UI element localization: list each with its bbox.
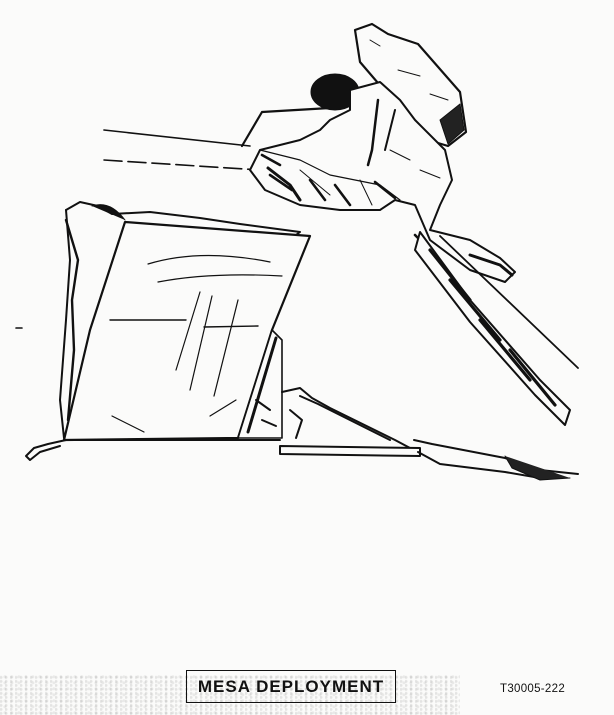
- figure-caption-box: MESA DEPLOYMENT: [186, 670, 396, 703]
- figure-caption: MESA DEPLOYMENT: [198, 677, 384, 697]
- cable-lines: [104, 130, 260, 170]
- figure-id: T30005-222: [500, 683, 565, 695]
- mesa-deployment-illustration: [0, 0, 614, 715]
- deployment-strut: [280, 388, 578, 480]
- mesa-handle: [26, 440, 66, 460]
- mesa-box: [60, 202, 310, 440]
